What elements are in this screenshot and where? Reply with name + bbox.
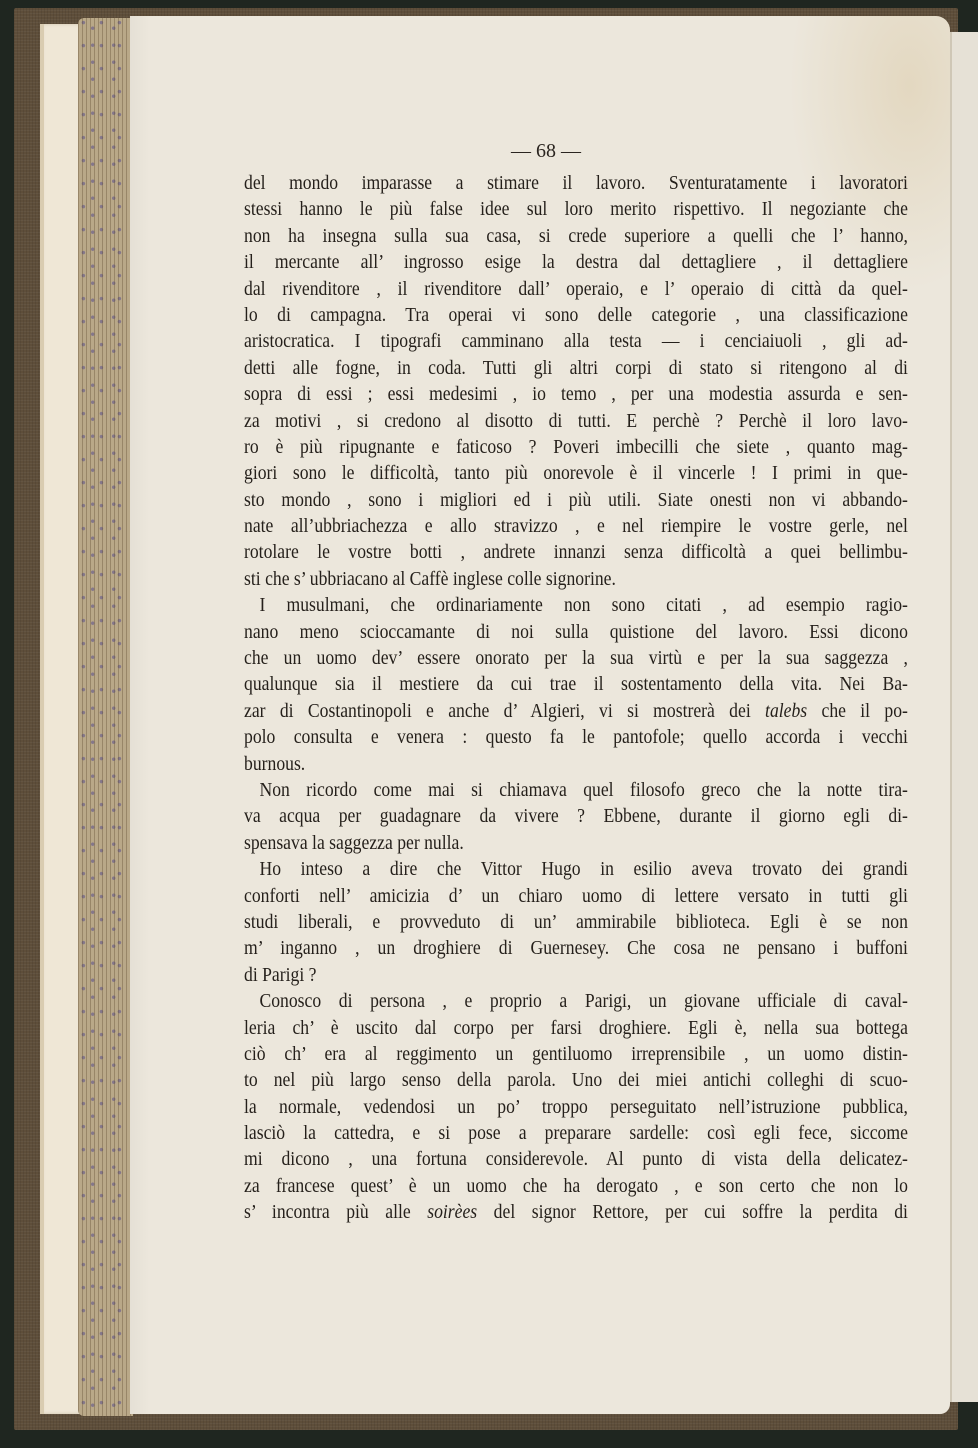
book-page: — 68 — del mondo imparasse a stimare il …: [130, 16, 950, 1414]
text-line: stessi hanno le più false idee sul loro …: [244, 196, 908, 222]
text-line: aristocratica. I tipografi camminano all…: [244, 328, 908, 354]
text-line: conforti nell’ amicizia d’ un chiaro uom…: [244, 883, 908, 909]
text-line: detti alle fogne, in coda. Tutti gli alt…: [244, 355, 908, 381]
text-line: non ha insegna sulla sua casa, si crede …: [244, 223, 908, 249]
text-line: za motivi , si credono al disotto di tut…: [244, 408, 908, 434]
text-line: del mondo imparasse a stimare il lavoro.…: [244, 170, 908, 196]
paragraph: Ho inteso a dire che Vittor Hugo in esil…: [244, 856, 908, 988]
text-line: to nel più largo senso della parola. Uno…: [244, 1067, 908, 1093]
text-line: la normale, vedendosi un po’ troppo pers…: [244, 1094, 908, 1120]
paragraph: Non ricordo come mai si chiamava quel fi…: [244, 777, 908, 856]
text-line: za francese quest’ è un uomo che ha dero…: [244, 1173, 908, 1199]
text-line: lasciò la cattedra, e si pose a preparar…: [244, 1120, 908, 1146]
text-line: I musulmani, che ordinariamente non sono…: [244, 592, 908, 618]
text-line: il mercante all’ ingrosso esige la destr…: [244, 249, 908, 275]
text-line: rotolare le vostre botti , andrete innan…: [244, 539, 908, 565]
body-text: del mondo imparasse a stimare il lavoro.…: [244, 170, 908, 1226]
text-line: dal rivenditore , il rivenditore dall’ o…: [244, 276, 908, 302]
page-block-edge: [78, 18, 133, 1416]
text-line: zar di Costantinopoli e anche d’ Algieri…: [244, 698, 908, 724]
text-line: polo consulta e venera : questo fa le pa…: [244, 724, 908, 750]
paragraph: I musulmani, che ordinariamente non sono…: [244, 592, 908, 777]
text-line: qualunque sia il mestiere da cui trae il…: [244, 671, 908, 697]
text-line: ciò ch’ era al reggimento un gentiluomo …: [244, 1041, 908, 1067]
text-line: Non ricordo come mai si chiamava quel fi…: [244, 777, 908, 803]
next-page-edge: [950, 32, 978, 1402]
text-line: leria ch’ è uscito dal corpo per farsi d…: [244, 1015, 908, 1041]
italic-term: talebs: [765, 700, 807, 722]
text-line: studi liberali, e provveduto di un’ ammi…: [244, 909, 908, 935]
text-line: che un uomo dev’ essere onorato per la s…: [244, 645, 908, 671]
text-line: Ho inteso a dire che Vittor Hugo in esil…: [244, 856, 908, 882]
text-line: nano meno scioccamante di noi sulla quis…: [244, 619, 908, 645]
text-line: s’ incontra più alle soirèes del signor …: [244, 1199, 908, 1225]
page-number: — 68 —: [116, 140, 936, 163]
text-line: va acqua per guadagnare da vivere ? Ebbe…: [244, 803, 908, 829]
text-line: Conosco di persona , e proprio a Parigi,…: [244, 988, 908, 1014]
text-line: nate all’ubbriachezza e allo stravizzo ,…: [244, 513, 908, 539]
text-line: lo di campagna. Tra operai vi sono delle…: [244, 302, 908, 328]
text-line: ro è più ripugnante e faticoso ? Poveri …: [244, 434, 908, 460]
text-line: giori sono le difficoltà, tanto più onor…: [244, 460, 908, 486]
paragraph: del mondo imparasse a stimare il lavoro.…: [244, 170, 908, 592]
text-line: spensava la saggezza per nulla.: [244, 830, 908, 856]
text-line: sto mondo , sono i migliori ed i più uti…: [244, 487, 908, 513]
text-line: sopra di essi ; essi medesimi , io temo …: [244, 381, 908, 407]
text-line: m’ inganno , un droghiere di Guernesey. …: [244, 935, 908, 961]
paragraph: Conosco di persona , e proprio a Parigi,…: [244, 988, 908, 1226]
text-line: sti che s’ ubbriacano al Caffè inglese c…: [244, 566, 908, 592]
italic-term: soirèes: [427, 1201, 477, 1223]
text-line: burnous.: [244, 751, 908, 777]
text-line: mi dicono , una fortuna considerevole. A…: [244, 1146, 908, 1172]
text-line: di Parigi ?: [244, 962, 908, 988]
